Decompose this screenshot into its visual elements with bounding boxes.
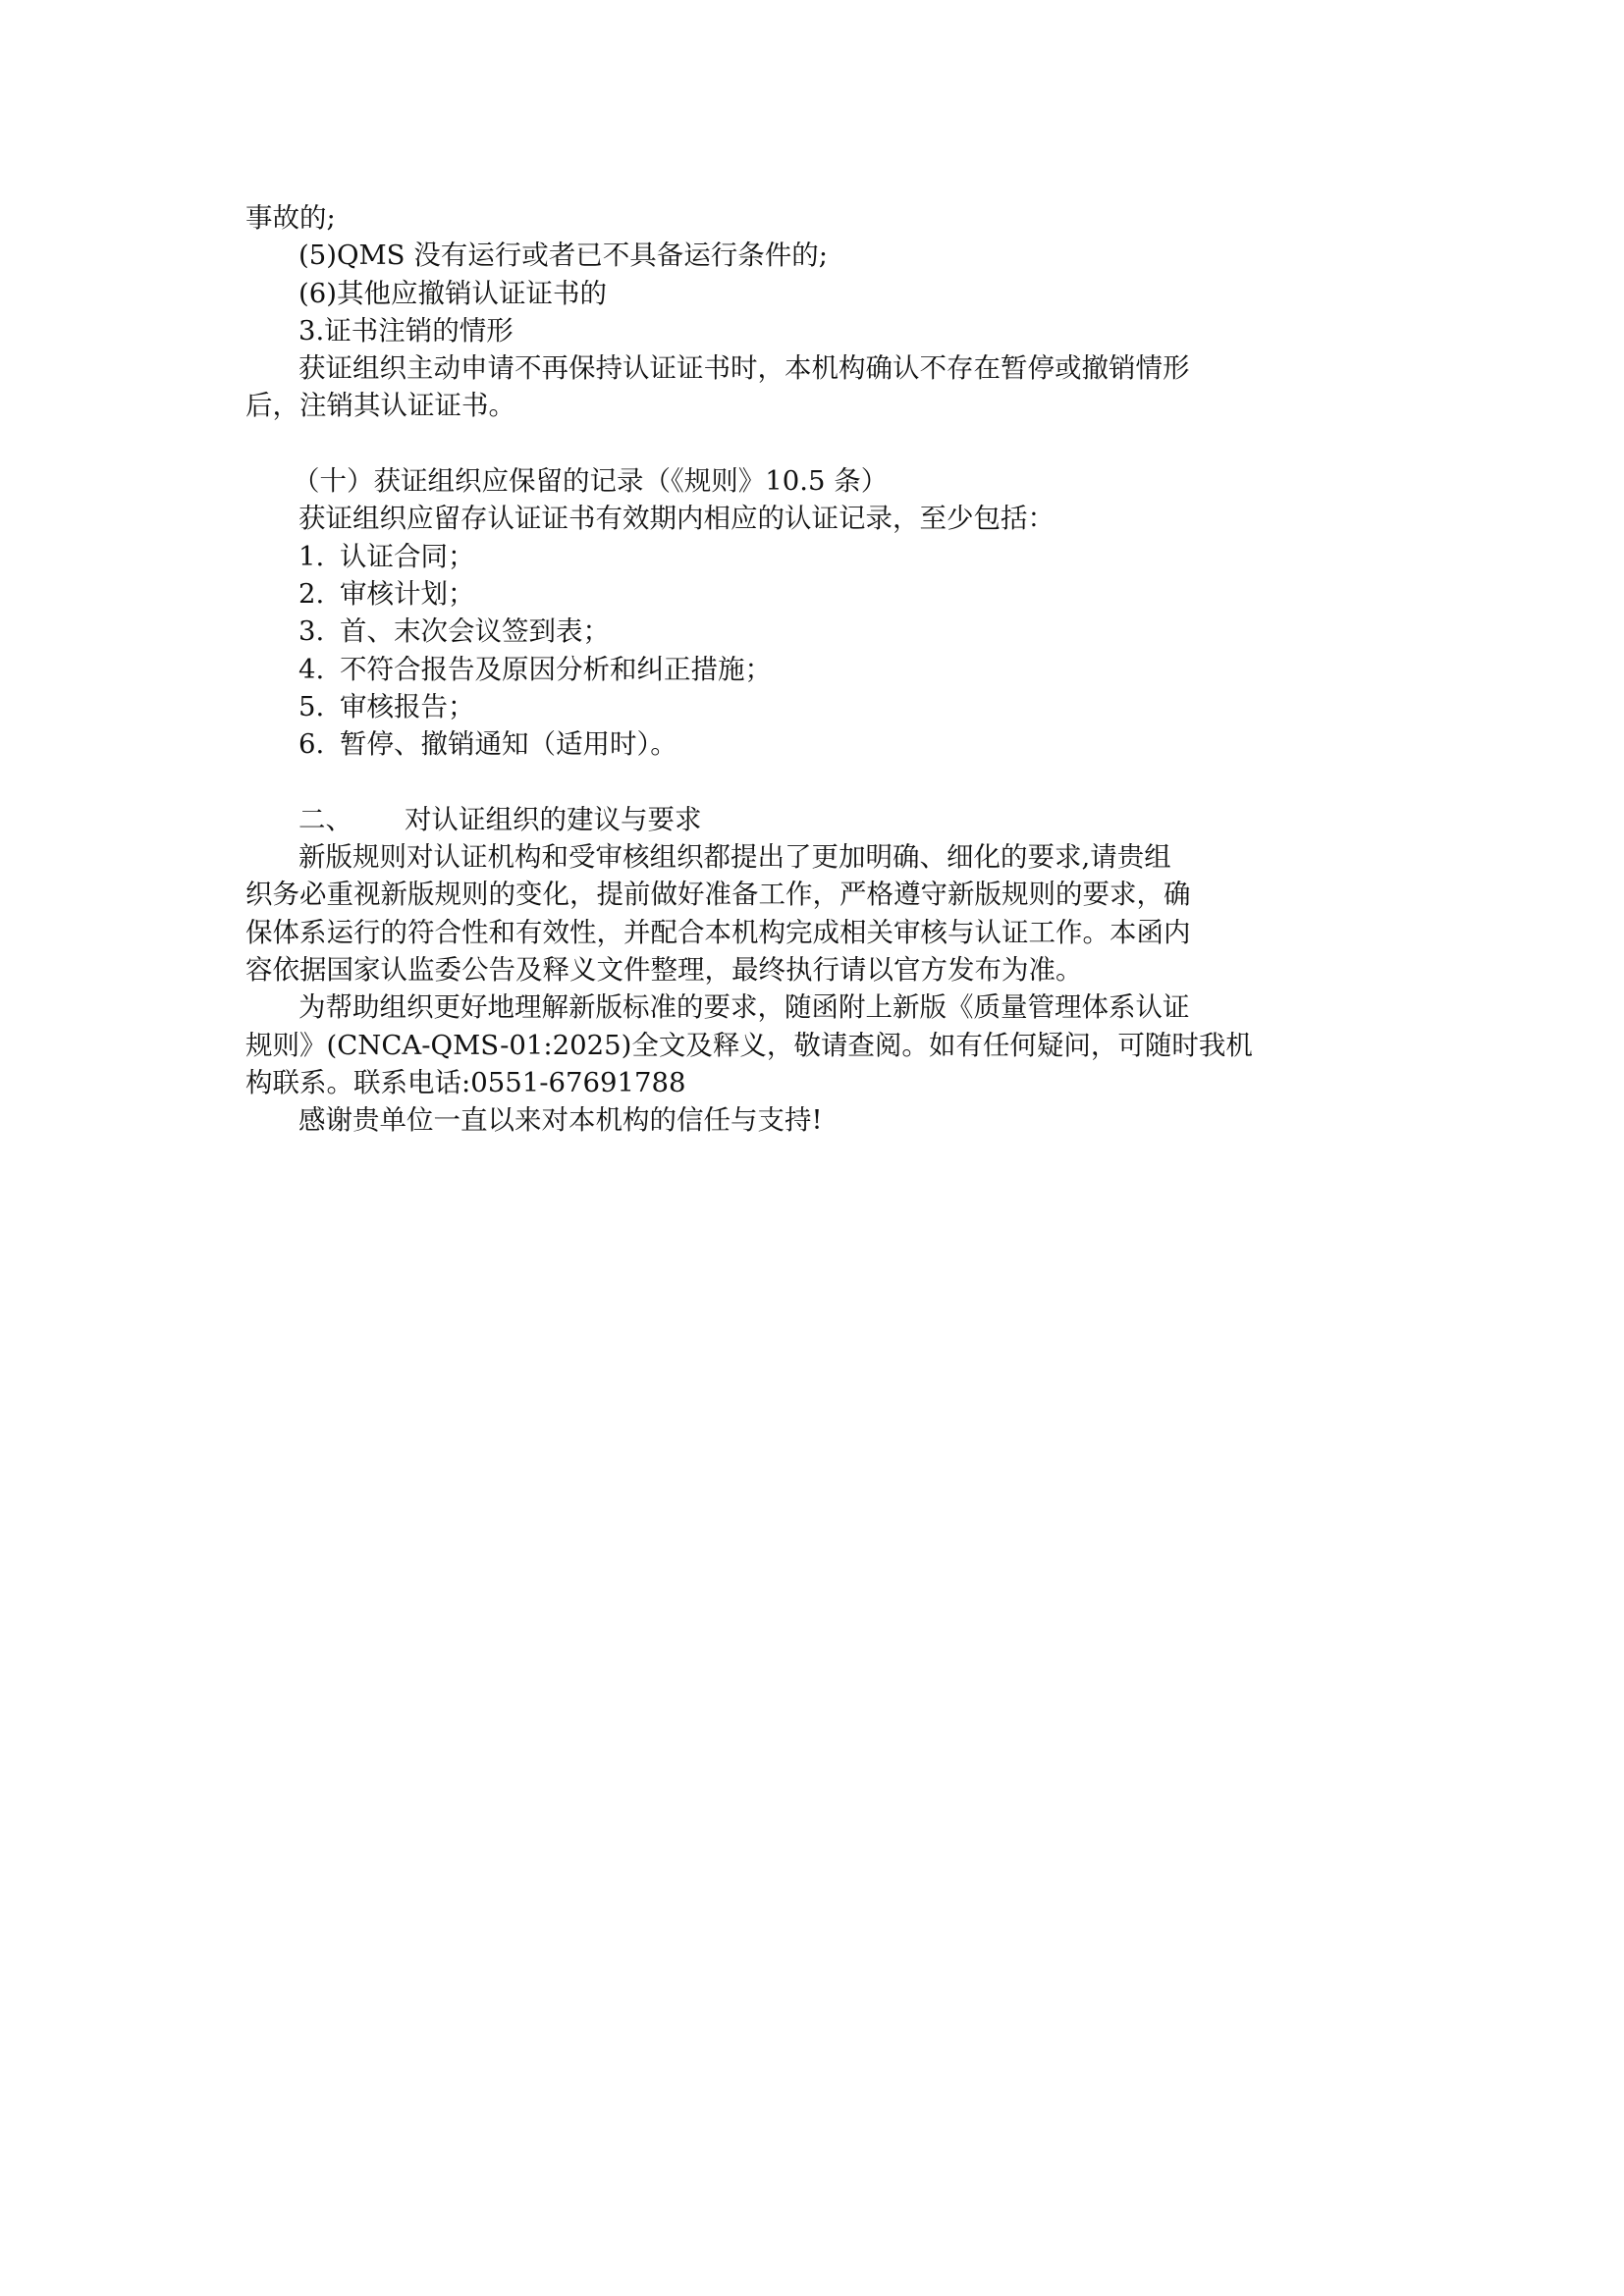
list-text: 不符合报告及原因分析和纠正措施； [340, 654, 772, 685]
document-page: 事故的; (5)QMS 没有运行或者已不具备运行条件的; (6)其他应撤销认证证… [245, 199, 1394, 1139]
record-list-item: 5.审核报告； [245, 688, 1394, 725]
continuation-line: 事故的; [245, 199, 1394, 237]
spacer [245, 425, 1394, 462]
part-2-para-1-line: 容依据国家认监委公告及释义文件整理，最终执行请以官方发布为准。 [245, 951, 1394, 988]
record-list-item: 3.首、末次会议签到表； [245, 613, 1394, 650]
part-2-heading: 二、对认证组织的建议与要求 [245, 801, 1394, 838]
record-list-item: 2.审核计划； [245, 575, 1394, 613]
spacer [245, 763, 1394, 800]
part-2-para-2-line: 规则》(CNCA-QMS-01:2025)全文及释义，敬请查阅。如有任何疑问，可… [245, 1027, 1394, 1064]
list-text: 首、末次会议签到表； [340, 615, 610, 647]
list-text: 审核计划； [340, 578, 475, 610]
cancellation-para-line-1: 获证组织主动申请不再保持认证证书时，本机构确认不存在暂停或撤销情形 [245, 349, 1394, 387]
cancellation-heading: 3.证书注销的情形 [245, 312, 1394, 349]
record-list-item: 6.暂停、撤销通知（适用时）。 [245, 725, 1394, 763]
part-2-title: 对认证组织的建议与要求 [405, 804, 702, 835]
list-number: 1. [298, 538, 340, 575]
part-2-para-1-line: 新版规则对认证机构和受审核组织都提出了更加明确、细化的要求,请贵组 [245, 838, 1394, 876]
list-text: 认证合同； [340, 541, 475, 572]
revocation-item-5: (5)QMS 没有运行或者已不具备运行条件的; [245, 237, 1394, 274]
list-number: 6. [298, 725, 340, 763]
cancellation-para-line-2: 后，注销其认证证书。 [245, 387, 1394, 424]
list-number: 4. [298, 651, 340, 688]
section-10-intro: 获证组织应留存认证证书有效期内相应的认证记录，至少包括： [245, 500, 1394, 537]
part-2-para-1-line: 织务必重视新版规则的变化，提前做好准备工作，严格遵守新版规则的要求，确 [245, 876, 1394, 913]
part-2-para-1-line: 保体系运行的符合性和有效性，并配合本机构完成相关审核与认证工作。本函内 [245, 914, 1394, 951]
record-list-item: 1.认证合同； [245, 538, 1394, 575]
list-text: 审核报告； [340, 691, 475, 722]
list-number: 5. [298, 688, 340, 725]
list-number: 2. [298, 575, 340, 613]
part-2-para-2-line: 构联系。联系电话:0551-67691788 [245, 1064, 1394, 1101]
closing-line: 感谢贵单位一直以来对本机构的信任与支持! [245, 1101, 1394, 1139]
revocation-item-6: (6)其他应撤销认证证书的 [245, 275, 1394, 312]
section-10-heading: （十）获证组织应保留的记录（《规则》10.5 条） [245, 462, 1394, 500]
part-2-number: 二、 [298, 801, 405, 838]
record-list-item: 4.不符合报告及原因分析和纠正措施； [245, 651, 1394, 688]
list-text: 暂停、撤销通知（适用时）。 [340, 728, 677, 760]
part-2-para-2-line: 为帮助组织更好地理解新版标准的要求，随函附上新版《质量管理体系认证 [245, 988, 1394, 1026]
list-number: 3. [298, 613, 340, 650]
